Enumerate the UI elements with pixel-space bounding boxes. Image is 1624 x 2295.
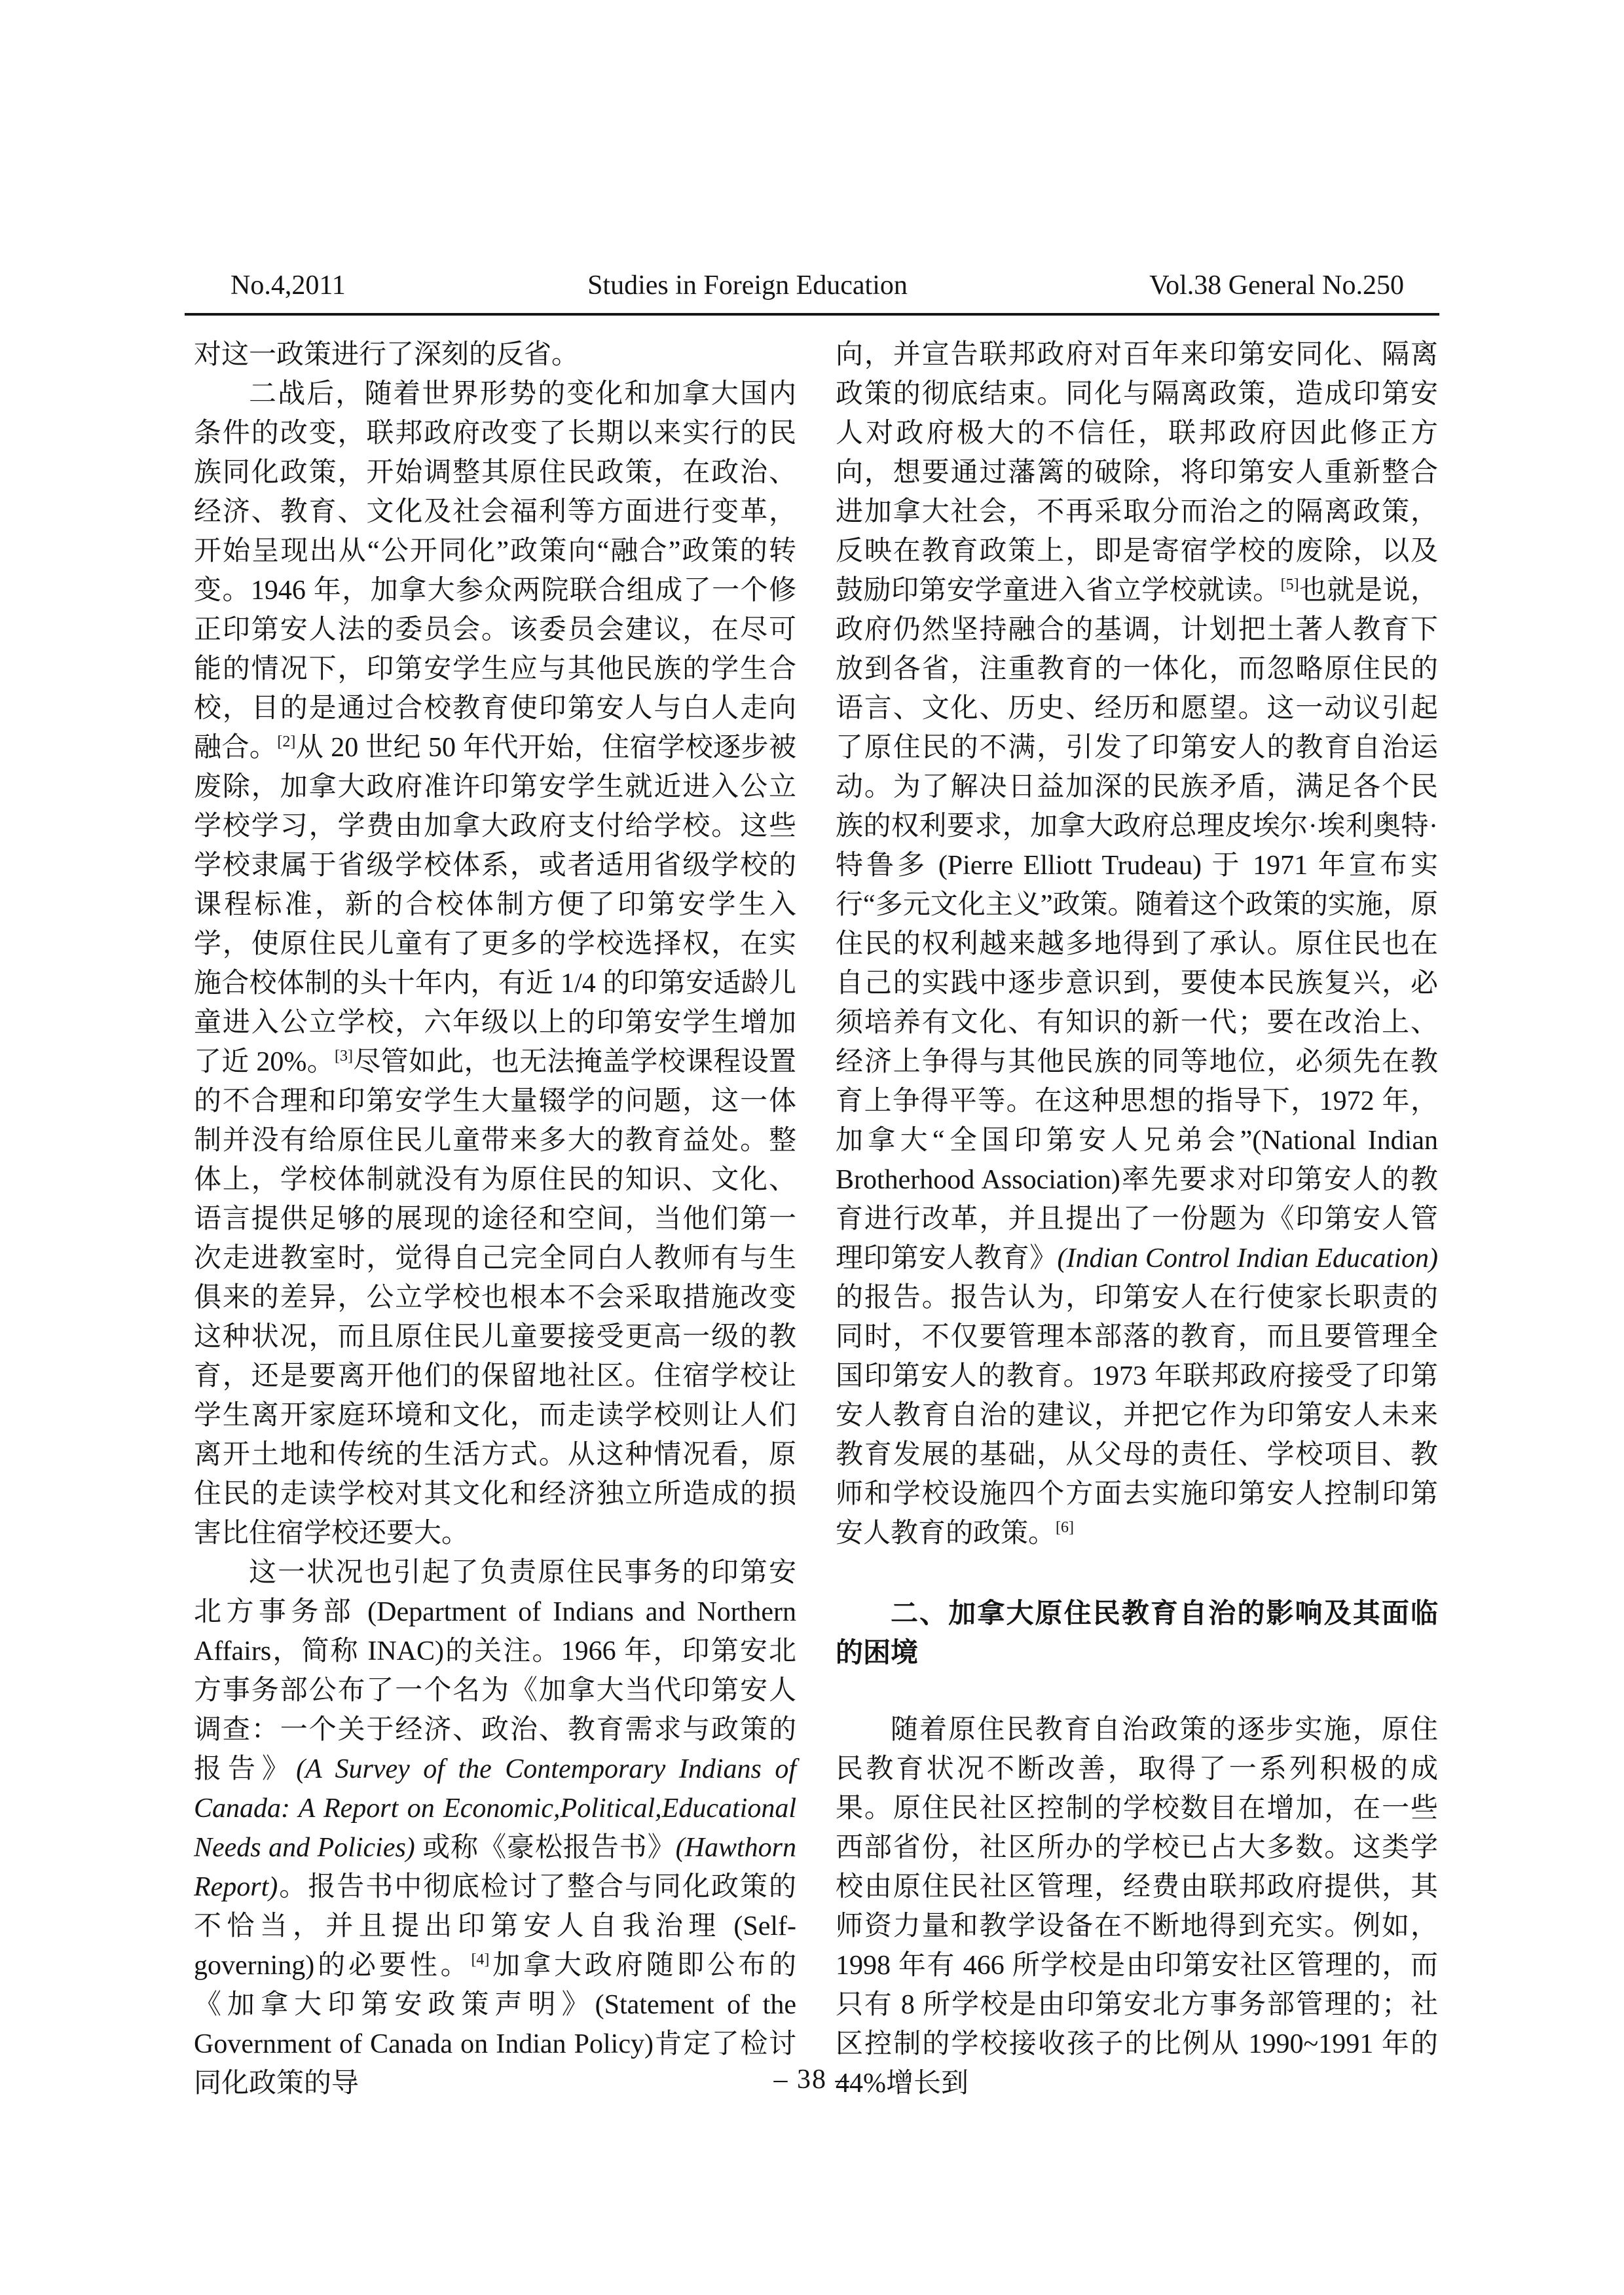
header-issue: No.4,2011 — [231, 270, 346, 301]
text-run: 的报告。报告认为，印第安人在行使家长职责的同时，不仅要管理本部落的教育，而且要管… — [836, 1283, 1438, 1549]
paragraph: 随着原住民教育自治政策的逐步实施，原住民教育状况不断改善，取得了一系列积极的成果… — [836, 1710, 1438, 2103]
paragraph-continued: 向，并宣告联邦政府对百年来印第安同化、隔离政策的彻底结束。同化与隔离政策，造成印… — [836, 335, 1438, 1553]
header-volume: Vol.38 General No.250 — [1149, 270, 1404, 301]
book-title-english: (Indian Control Indian Education) — [1058, 1243, 1439, 1274]
header-journal-title: Studies in Foreign Education — [587, 270, 908, 301]
text-run: 也就是说，政府仍然坚持融合的基调，计划把土著人教育下放到各省，注重教育的一体化，… — [836, 576, 1438, 1274]
left-column: 对这一政策进行了深刻的反省。 二战后，随着世界形势的变化和加拿大国内条件的改变，… — [194, 335, 796, 2103]
right-column: 向，并宣告联邦政府对百年来印第安同化、隔离政策的彻底结束。同化与隔离政策，造成印… — [836, 335, 1438, 2103]
text-run: 或称《豪松报告书》 — [415, 1833, 676, 1863]
text-run: 对这一政策进行了深刻的反省。 — [194, 340, 579, 370]
text-run: 向，并宣告联邦政府对百年来印第安同化、隔离政策的彻底结束。同化与隔离政策，造成印… — [836, 340, 1438, 606]
paragraph-continued-from-previous-page: 对这一政策进行了深刻的反省。 — [194, 335, 796, 375]
journal-page: No.4,2011 Studies in Foreign Education V… — [0, 0, 1624, 2295]
text-run: 二战后，随着世界形势的变化和加拿大国内条件的改变，联邦政府改变了长期以来实行的民… — [194, 379, 796, 763]
section-heading: 二、加拿大原住民教育自治的影响及其面临的困境 — [836, 1594, 1438, 1672]
article-body: 对这一政策进行了深刻的反省。 二战后，随着世界形势的变化和加拿大国内条件的改变，… — [194, 335, 1438, 2103]
footnote-ref-5: [5] — [1281, 576, 1299, 593]
footnote-ref-6: [6] — [1056, 1519, 1074, 1536]
page-header: No.4,2011 Studies in Foreign Education V… — [231, 270, 1404, 301]
footnote-ref-2: [2] — [277, 733, 295, 750]
text-run: 尽管如此，也无法掩盖学校课程设置的不合理和印第安学生大量辍学的问题，这一体制并没… — [194, 1047, 796, 1549]
paragraph: 这一状况也引起了负责原住民事务的印第安北方事务部 (Department of … — [194, 1553, 796, 2103]
text-run: 从 20 世纪 50 年代开始，住宿学校逐步被废除，加拿大政府准许印第安学生就近… — [194, 733, 796, 1077]
footnote-ref-3: [3] — [335, 1048, 353, 1065]
text-run: 随着原住民教育自治政策的逐步实施，原住民教育状况不断改善，取得了一系列积极的成果… — [836, 1715, 1438, 2099]
paragraph: 二战后，随着世界形势的变化和加拿大国内条件的改变，联邦政府改变了长期以来实行的民… — [194, 375, 796, 1553]
text-run: 这一状况也引起了负责原住民事务的印第安北方事务部 (Department of … — [194, 1558, 796, 1784]
header-divider — [185, 313, 1439, 316]
page-number: – 38 – — [0, 2064, 1624, 2095]
footnote-ref-4: [4] — [471, 1951, 489, 1968]
